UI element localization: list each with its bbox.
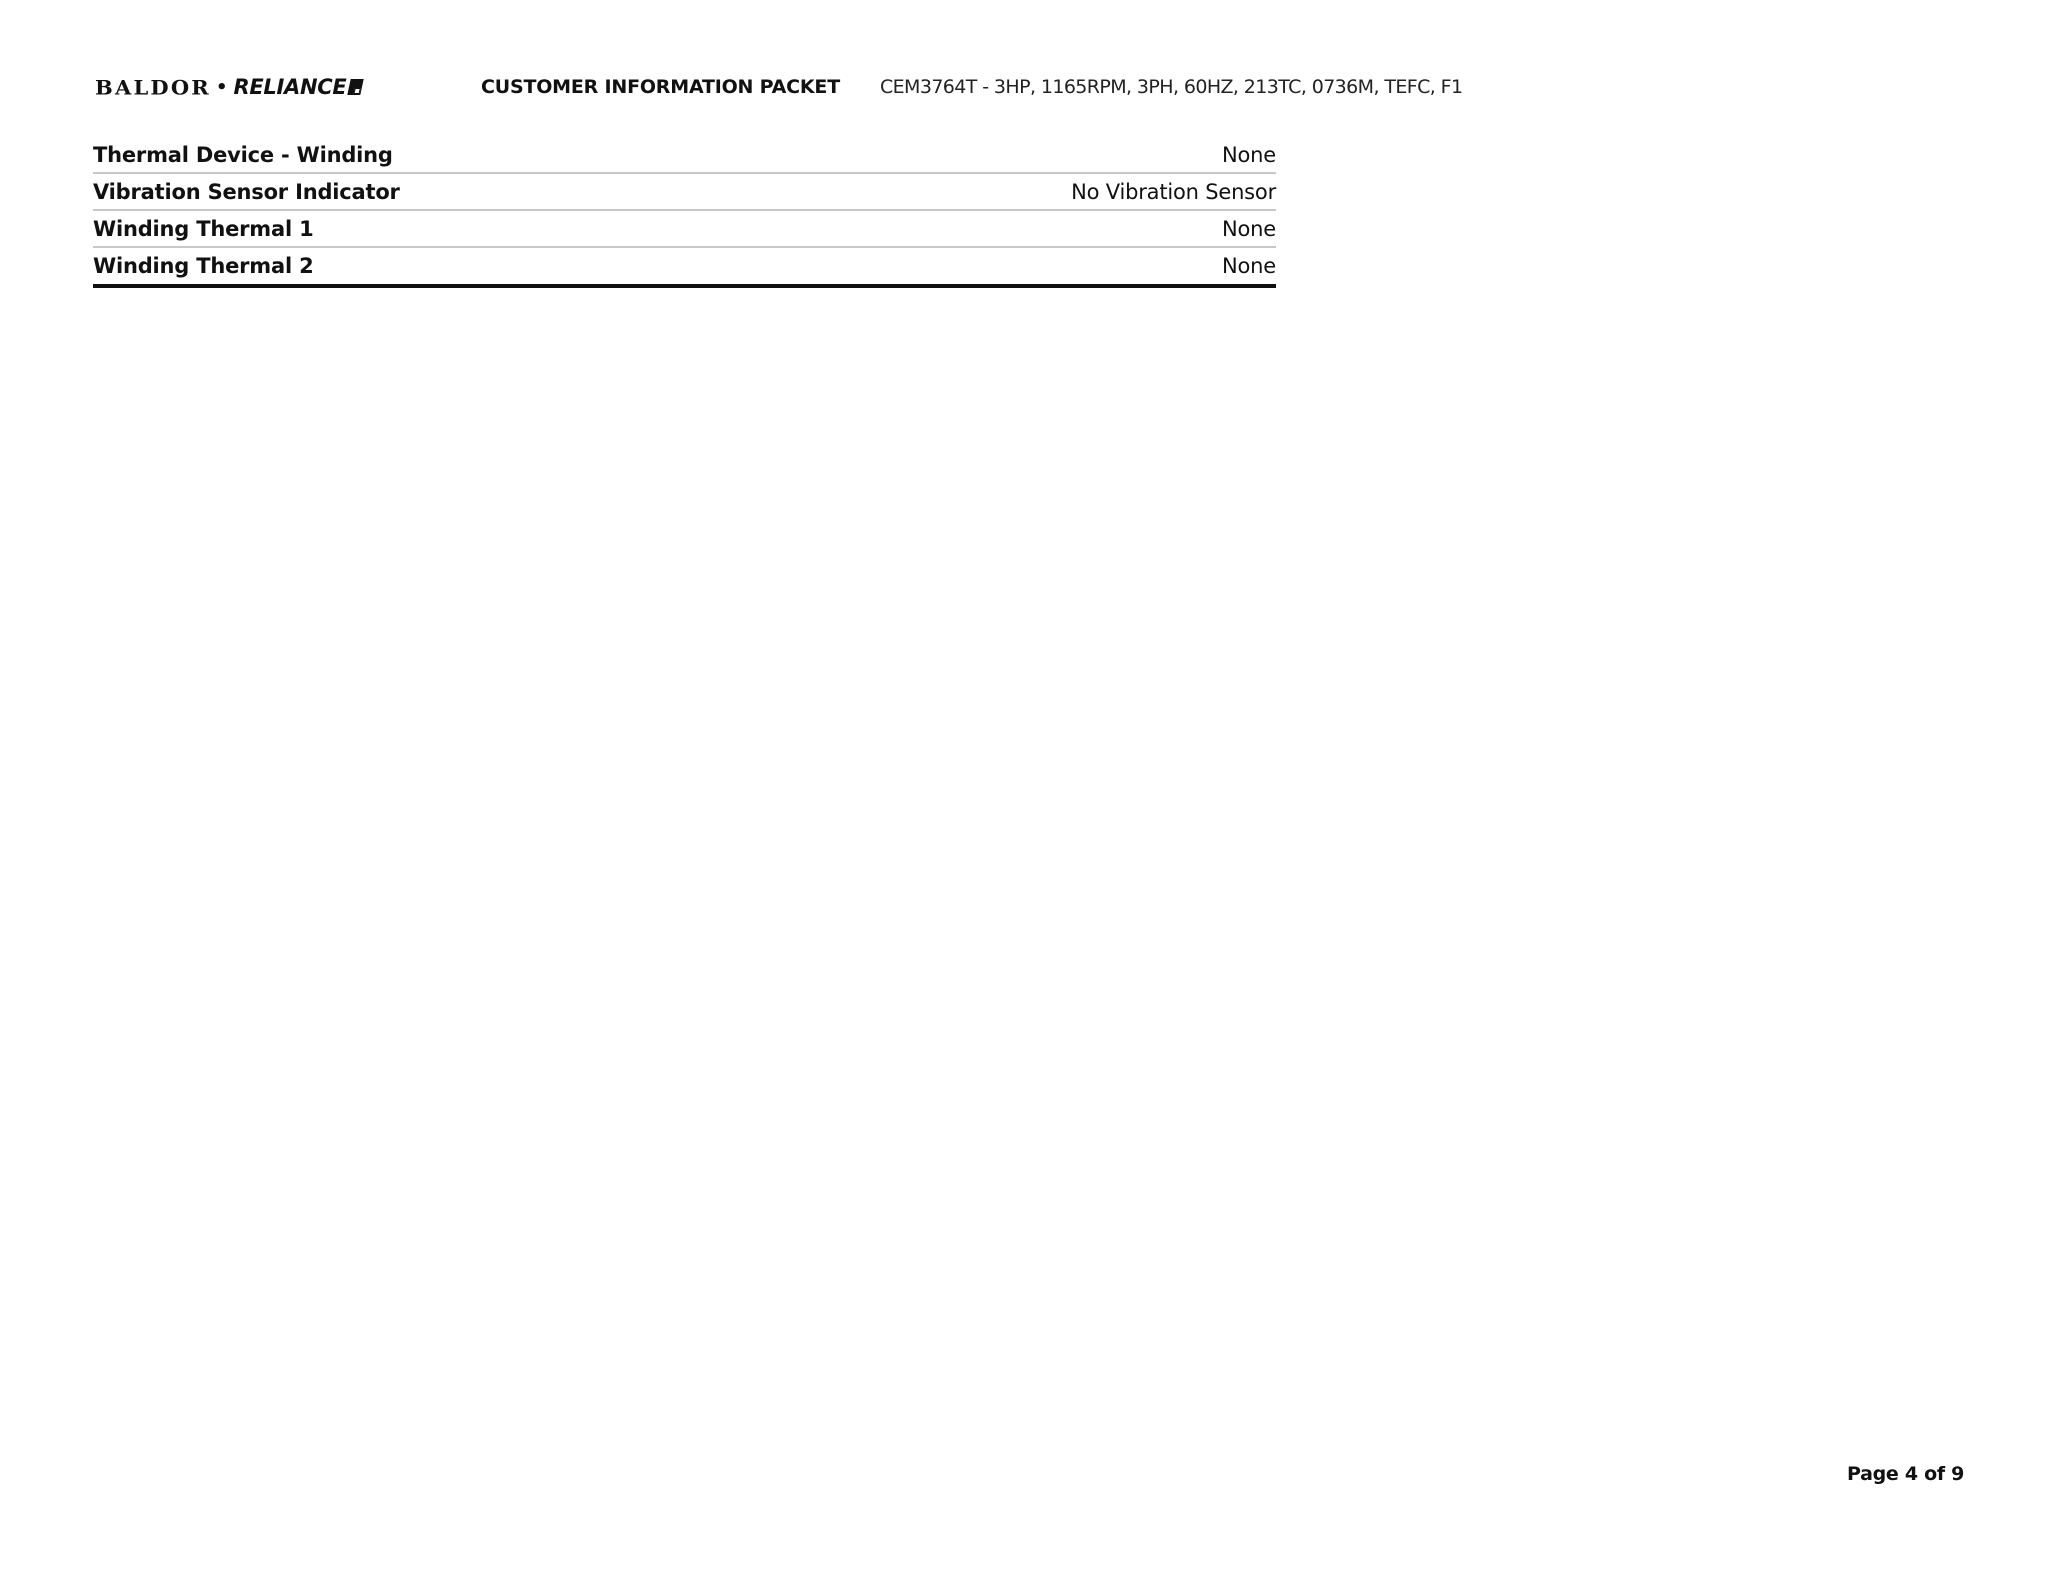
logo-reliance-text: RELIANCE <box>233 75 346 99</box>
spec-label: Winding Thermal 2 <box>93 254 313 278</box>
company-logo: BALDOR • RELIANCE <box>95 75 435 100</box>
logo-mark-icon <box>348 79 364 95</box>
logo-separator: • <box>216 77 228 98</box>
logo-baldor-text: BALDOR <box>95 75 211 99</box>
spec-value: None <box>1222 217 1276 241</box>
table-row: Winding Thermal 1 None <box>93 211 1276 248</box>
spec-value: None <box>1222 254 1276 278</box>
page-number: Page 4 of 9 <box>1847 1463 1964 1485</box>
document-title: CUSTOMER INFORMATION PACKET <box>481 76 840 98</box>
spec-label: Thermal Device - Winding <box>93 143 393 167</box>
spec-label: Vibration Sensor Indicator <box>93 180 400 204</box>
page-header: BALDOR • RELIANCE CUSTOMER INFORMATION P… <box>95 70 1462 104</box>
table-row: Thermal Device - Winding None <box>93 137 1276 174</box>
spec-value: No Vibration Sensor <box>1071 180 1276 204</box>
motor-spec-summary: CEM3764T - 3HP, 1165RPM, 3PH, 60HZ, 213T… <box>880 76 1462 98</box>
table-row: Vibration Sensor Indicator No Vibration … <box>93 174 1276 211</box>
spec-table: Thermal Device - Winding None Vibration … <box>93 137 1276 288</box>
spec-value: None <box>1222 143 1276 167</box>
table-row: Winding Thermal 2 None <box>93 248 1276 288</box>
spec-label: Winding Thermal 1 <box>93 217 313 241</box>
